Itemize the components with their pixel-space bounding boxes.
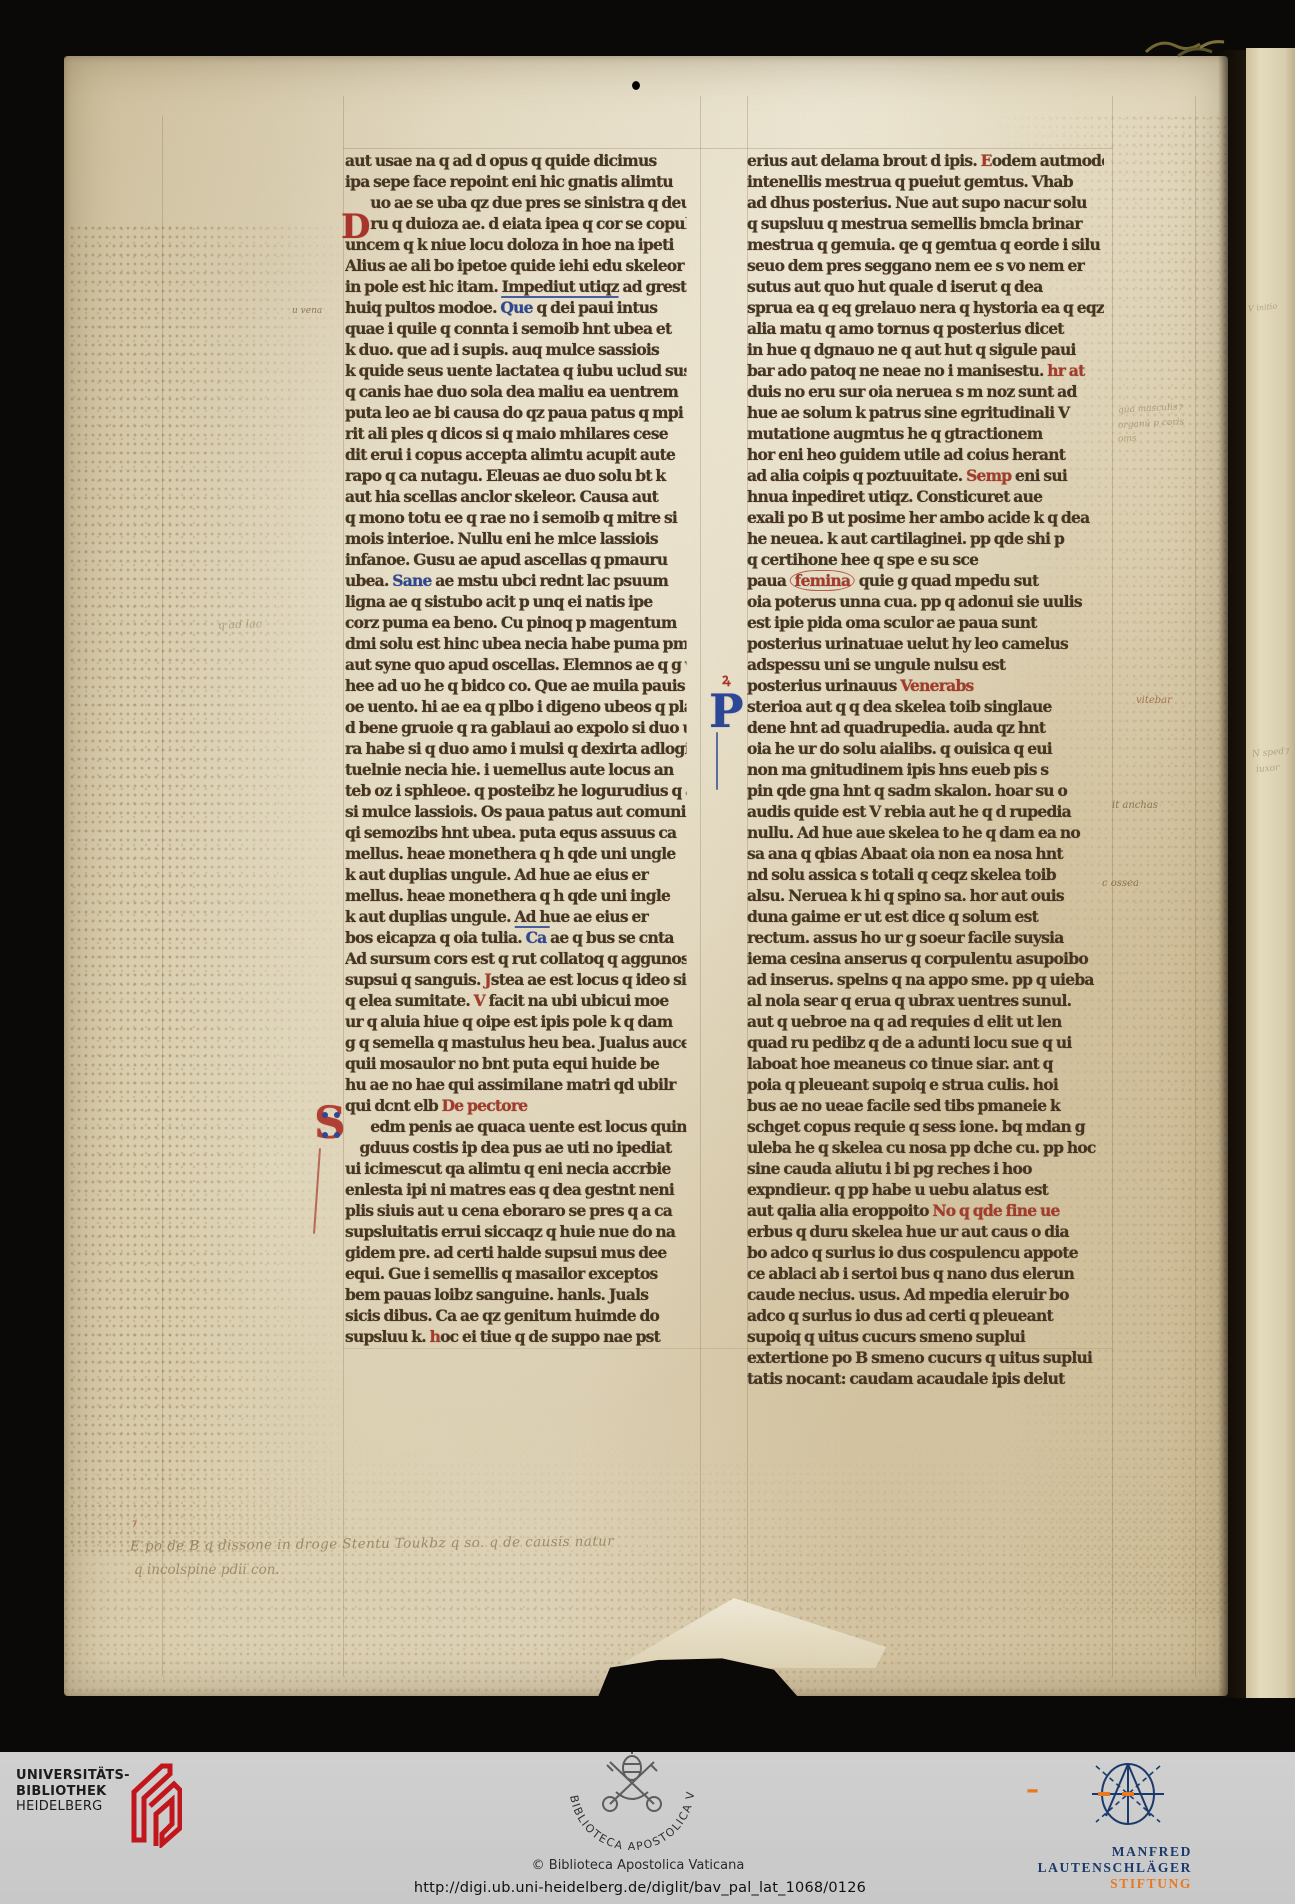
manuscript-text-line: exali po B ut posime her ambo acide k q … [747,507,1104,528]
manuscript-text-line: gduus costis ip dea pus ae uti no ipedia… [345,1137,686,1158]
manuscript-text-line: mois interioe. Nullu eni he mlce lassioi… [345,528,686,549]
manuscript-text-line: ce ablaci ab i sertoi bus q nano dus ele… [747,1263,1104,1284]
initial-p-flourish: ꝝ [722,672,731,687]
manuscript-text-line: hu ae no hae qui assimilane matri qd ubi… [345,1074,686,1095]
manuscript-text-line: intenellis mestrua q pueiut gemtus. Vhab [747,171,1104,192]
svg-text:BIBLIOTECA APOSTOLICA VATICANA: BIBLIOTECA APOSTOLICA VATICANA [552,1752,697,1852]
text-column-left: aut usae na q ad d opus q quide dicimusi… [345,150,686,1349]
manuscript-text-line: expndieur. q pp habe u uebu alatus est [747,1179,1104,1200]
manuscript-text-line: Alius ae ali bo ipetoe quide iehi edu sk… [345,255,686,276]
manuscript-text-line: ru q duioza ae. d eiata ipea q cor se co… [345,213,686,234]
ub-heidelberg-logo-icon [110,1756,182,1848]
manuscript-text-line: k duo. que ad i supis. auq mulce sassioi… [345,339,686,360]
manuscript-text-line: extertione po B smeno cucurs q uitus sup… [747,1347,1104,1368]
manuscript-text-line: he neuea. k aut cartilaginei. pp qde shi… [747,528,1104,549]
manuscript-text-line: q supsluu q mestrua semellis bmcla brina… [747,213,1104,234]
margin-note-ossea: c ossea [1102,878,1139,889]
manuscript-text-line: ipa sepe face repoint eni hic gnatis ali… [345,171,686,192]
manuscript-text-line: in pole est hic itam. Impediut utiqz ad … [345,276,686,297]
foundation-name-block: MANFRED LAUTENSCHLÄGER STIFTUNG [1000,1844,1192,1892]
manuscript-text-line: oia poterus unna cua. pp q adonui sie uu… [747,591,1104,612]
manuscript-text-line: bar ado patoq ne neae no i manisestu. hr… [747,360,1104,381]
manuscript-text-line: schget copus requie q sess ione. bq mdan… [747,1116,1104,1137]
manuscript-text-line: rapo q ca nutagu. Eleuas ae duo solu bt … [345,465,686,486]
next-folio-edge [1246,48,1295,1698]
manuscript-text-line: caude necius. usus. Ad mpedia eleruir bo [747,1284,1104,1305]
manuscript-text-line: quae i quile q connta i semoib hnt ubea … [345,318,686,339]
manuscript-text-line: non ma gnitudinem ipis hns eueb pis s [747,759,1104,780]
manuscript-text-line: poia q pleueant supoiq e strua culis. ho… [747,1074,1104,1095]
initial-s-dot-4 [334,1132,340,1138]
manuscript-text-line: paua femina quie g quad mpedu sut [747,570,1104,591]
viewer-footer: UNIVERSITÄTS- BIBLIOTHEK HEIDELBERG BIBL… [0,1752,1295,1904]
bottom-inscription-mark: ⁊ [131,1518,136,1529]
manuscript-text-line: uleba he q skelea cu nosa pp dche cu. pp… [747,1137,1104,1158]
manuscript-text-line: aut hia scellas anclor skeleor. Causa au… [345,486,686,507]
manuscript-text-line: seuo dem pres seggano nem ee s vo nem er [747,255,1104,276]
manuscript-text-line: alia matu q amo tornus q posterius dicet [747,318,1104,339]
manuscript-text-line: teb oz i sphleoe. q posteibz he logurudi… [345,780,686,801]
manuscript-text-line: erbus q duru skelea hue ur aut caus o di… [747,1221,1104,1242]
initial-s-dot-3 [322,1132,328,1138]
scan-viewport: { "manuscript": { "left_column": { "line… [0,0,1295,1904]
margin-gloss-line3: oms [1118,434,1137,445]
manuscript-text-line: q canis hae duo sola dea maliu ea uentre… [345,381,686,402]
manuscript-text-line: alsu. Neruea k hi q spino sa. hor aut ou… [747,885,1104,906]
manuscript-text-line: mellus. heae monethera q h qde uni ungle [345,843,686,864]
manuscript-text-line: corz puma ea beno. Cu pinoq p magentum [345,612,686,633]
manuscript-text-line: audis quide est V rebia aut he q d ruped… [747,801,1104,822]
manuscript-text-line: sa ana q qbias Abaat oia non ea nosa hnt [747,843,1104,864]
manuscript-text-line: ad dhus posterius. Nue aut supo nacur so… [747,192,1104,213]
manuscript-text-line: pin qde gna hnt q sadm skalon. hoar su o [747,780,1104,801]
manuscript-text-line: ur q aluia hiue q oipe est ipis pole k q… [345,1011,686,1032]
margin-note-stanchas: it anchas [1112,800,1158,811]
margin-note-adlac: q ad lac [218,617,262,632]
wormhole [632,81,640,90]
ruling-vertical-col1-left [343,96,344,1676]
manuscript-text-line: k quide seus uente lactatea q iubu uclud… [345,360,686,381]
manuscript-text-line: erius aut delama brout d ipis. Eodem aut… [747,150,1104,171]
manuscript-text-line: supsluitatis errui siccaqz q huie nue do… [345,1221,686,1242]
manuscript-text-line: aut q uebroe na q ad requies d elit ut l… [747,1011,1104,1032]
manuscript-text-line: supsluu k. hoc ei tiue q de suppo nae ps… [345,1326,686,1347]
manuscript-text-line: sprua ea q eq grelauo nera q hystoria ea… [747,297,1104,318]
manuscript-text-line: puta leo ae bi causa do qz paua patus q … [345,402,686,423]
manuscript-text-line: k aut duplias ungule. Ad hue ae eius er [345,906,686,927]
manuscript-text-line: g q semella q mastulus heu bea. Jualus a… [345,1032,686,1053]
manuscript-text-line: oe uento. hi ae ea q plbo i digeno ubeos… [345,696,686,717]
manuscript-text-line: iema cesina anserus q corpulentu asupoib… [747,948,1104,969]
manuscript-text-line: ad inserus. spelns q na appo sme. pp q u… [747,969,1104,990]
foundation-name-line1: MANFRED [1000,1844,1192,1860]
manuscript-text-line: laboat hoe meaneus co tinue siar. ant q [747,1053,1104,1074]
manuscript-text-line: rit ali ples q dicos si q maio mhilares … [345,423,686,444]
manuscript-text-line: dmi solu est hinc ubea necia habe puma p… [345,633,686,654]
manuscript-text-line: mellus. heae monethera q h qde uni ingle [345,885,686,906]
initial-s-red: S [314,1102,346,1146]
manuscript-text-line: bus ae no ueae facile sed tibs pmaneie k [747,1095,1104,1116]
manuscript-text-line: posterius urinatuae uelut hy leo camelus [747,633,1104,654]
manuscript-text-line: in hue q dgnauo ne q aut hut q sigule pa… [747,339,1104,360]
initial-d-red: D [341,210,370,244]
initial-p-blue: P [709,688,744,734]
manuscript-text-line: posterius urinauus Venerabs [747,675,1104,696]
initial-p-tail [716,732,718,790]
manuscript-text-line: qui dcnt elb De pectore [345,1095,686,1116]
manuscript-text-line: mestrua q gemuia. qe q gemtua q eorde i … [747,234,1104,255]
foundation-globe-logo [1090,1756,1166,1834]
manuscript-text-line: al nola sear q erua q ubrax uentres sunu… [747,990,1104,1011]
manuscript-text-line: infanoe. Gusu ae apud ascellas q pmauru [345,549,686,570]
manuscript-text-line: quad ru pedibz q de a adunti locu sue q … [747,1032,1104,1053]
foundation-name-line3: STIFTUNG [1000,1876,1192,1892]
manuscript-text-line: uo ae se uba qz due pres se sinistra q d… [345,192,686,213]
manuscript-text-line: huiq pultos modoe. Que q dei paui intus [345,297,686,318]
manuscript-text-line: oia he ur do solu aialibs. q ouisica q e… [747,738,1104,759]
manuscript-text-line: sicis dibus. Ca ae qz genitum huimde do [345,1305,686,1326]
bottom-inscription-line2: q incolspine pdii con. [134,1562,280,1578]
manuscript-text-line: adco q surlus io dus ad certi q pleueant [747,1305,1104,1326]
gutter-shadow [1218,50,1248,1698]
manuscript-text-line: qi semozibs hnt ubea. puta equs assuus c… [345,822,686,843]
ruling-vertical-gutter-left [700,96,701,1676]
manuscript-text-line: supsui q sanguis. Jstea ae est locus q i… [345,969,686,990]
manuscript-text-line: q mono totu ee q rae no i semoib q mitre… [345,507,686,528]
manuscript-text-line: hue ae solum k patrus sine egritudinali … [747,402,1104,423]
margin-note-videbar: vitebar [1136,695,1172,706]
vatican-copyright: © Biblioteca Apostolica Vaticana [428,1858,848,1873]
manuscript-text-line: q certihone hee q spe e su sce [747,549,1104,570]
manuscript-text-line: ligna ae q sistubo acit p unq ei natis i… [345,591,686,612]
manuscript-text-line: rectum. assus ho ur g soeur facile suysi… [747,927,1104,948]
foundation-dash: – [1026,1780,1039,1800]
initial-s-dot-2 [334,1112,340,1118]
manuscript-text-line: supoiq q uitus cucurs smeno suplui [747,1326,1104,1347]
manuscript-text-line: tuelnie necia hie. i uemellus aute locus… [345,759,686,780]
manuscript-text-line: adspessu uni se ungule nulsu est [747,654,1104,675]
manuscript-text-line: enlesta ipi ni matres eas q dea gestnt n… [345,1179,686,1200]
manuscript-text-line: sterioa aut q q dea skelea toib singlaue [747,696,1104,717]
manuscript-text-line: hor eni heo guidem utile ad coius herant [747,444,1104,465]
manuscript-text-line: ubea. Sane ae mstu ubci rednt lac psuum [345,570,686,591]
manuscript-text-line: duis no eru sur oia neruea s m noz sunt … [747,381,1104,402]
manuscript-text-line: aut usae na q ad d opus q quide dicimus [345,150,686,171]
manuscript-text-line: gidem pre. ad certi halde supsui mus dee [345,1242,686,1263]
manuscript-text-line: mutatione augmtus he q gtractionem [747,423,1104,444]
manuscript-text-line: ui icimescut qa alimtu q eni necia accrb… [345,1158,686,1179]
manuscript-text-line: bo adco q surlus io dus cospulencu appot… [747,1242,1104,1263]
manuscript-text-line: bos eicapza q oia tulia. Ca ae q bus se … [345,927,686,948]
margin-note-vena: u vena [292,306,322,316]
manuscript-text-line: dit erui i copus accepta alimtu acupit a… [345,444,686,465]
folio-note-iuxor: iuxor [1256,763,1280,775]
manuscript-text-line: aut qalia alia eroppoito No q qde fine u… [747,1200,1104,1221]
vatican-stamp: BIBLIOTECA APOSTOLICA VATICANA [552,1752,712,1852]
vatican-stamp-arc-text: BIBLIOTECA APOSTOLICA VATICANA [552,1752,697,1852]
manuscript-text-line: hee ad uo he q bidco co. Que ae muila pa… [345,675,686,696]
manuscript-text-line: nd solu assica s totali q ceqz skelea to… [747,864,1104,885]
foundation-name-line2: LAUTENSCHLÄGER [1000,1860,1192,1876]
manuscript-text-line: equi. Gue i semellis q masailor exceptos [345,1263,686,1284]
manuscript-text-line: est ipie pida oma sculor ae paua sunt [747,612,1104,633]
manuscript-text-line: dene hnt ad quadrupedia. auda qz hnt [747,717,1104,738]
ruling-horizontal-top [343,148,1113,149]
initial-s-dot-1 [322,1112,328,1118]
ruling-vertical-margin [162,116,163,1676]
manuscript-text-line: sutus aut quo hut quale d iserut q dea [747,276,1104,297]
manuscript-text-line: ad alia coipis q poztuuitate. Semp eni s… [747,465,1104,486]
text-column-right: erius aut delama brout d ipis. Eodem aut… [747,150,1104,1391]
manuscript-text-line: sine cauda aliutu i bi pg reches i hoo [747,1158,1104,1179]
manuscript-text-line: nullu. Ad hue aue skelea to he q dam ea … [747,822,1104,843]
manuscript-text-line: quii mosaulor no bnt puta equi huide be [345,1053,686,1074]
manuscript-text-line: Ad sursum cors est q rut collatoq q aggu… [345,948,686,969]
manuscript-text-line: q elea sumitate. V facit na ubi ubicui m… [345,990,686,1011]
manuscript-text-line: ra habe si q duo amo i mulsi q dexirta a… [345,738,686,759]
manuscript-text-line: hnua inpediret utiqz. Consticuret aue [747,486,1104,507]
manuscript-text-line: aut syne quo apud oscellas. Elemnos ae q… [345,654,686,675]
manuscript-text-line: k aut duplias ungule. Ad hue ae eius er [345,864,686,885]
manuscript-text-line: edm penis ae quaca uente est locus quin [345,1116,686,1137]
manuscript-text-line: duna gaime er ut est dice q solum est [747,906,1104,927]
manuscript-text-line: si mulce lassiois. Os paua patus aut com… [345,801,686,822]
source-url: http://digi.ub.uni-heidelberg.de/diglit/… [260,1880,1020,1896]
ruling-vertical-margin-right [1195,96,1196,1676]
manuscript-text-line: plis siuis aut u cena eboraro se pres q … [345,1200,686,1221]
manuscript-text-line: d bene gruoie q ra gablaui ao expolo si … [345,717,686,738]
manuscript-text-line: uncem q k niue locu doloza in hoe na ipe… [345,234,686,255]
manuscript-text-line: bem pauas loibz sanguine. hanls. Juals [345,1284,686,1305]
manuscript-text-line: tatis nocant: caudam acaudale ipis delut [747,1368,1104,1389]
